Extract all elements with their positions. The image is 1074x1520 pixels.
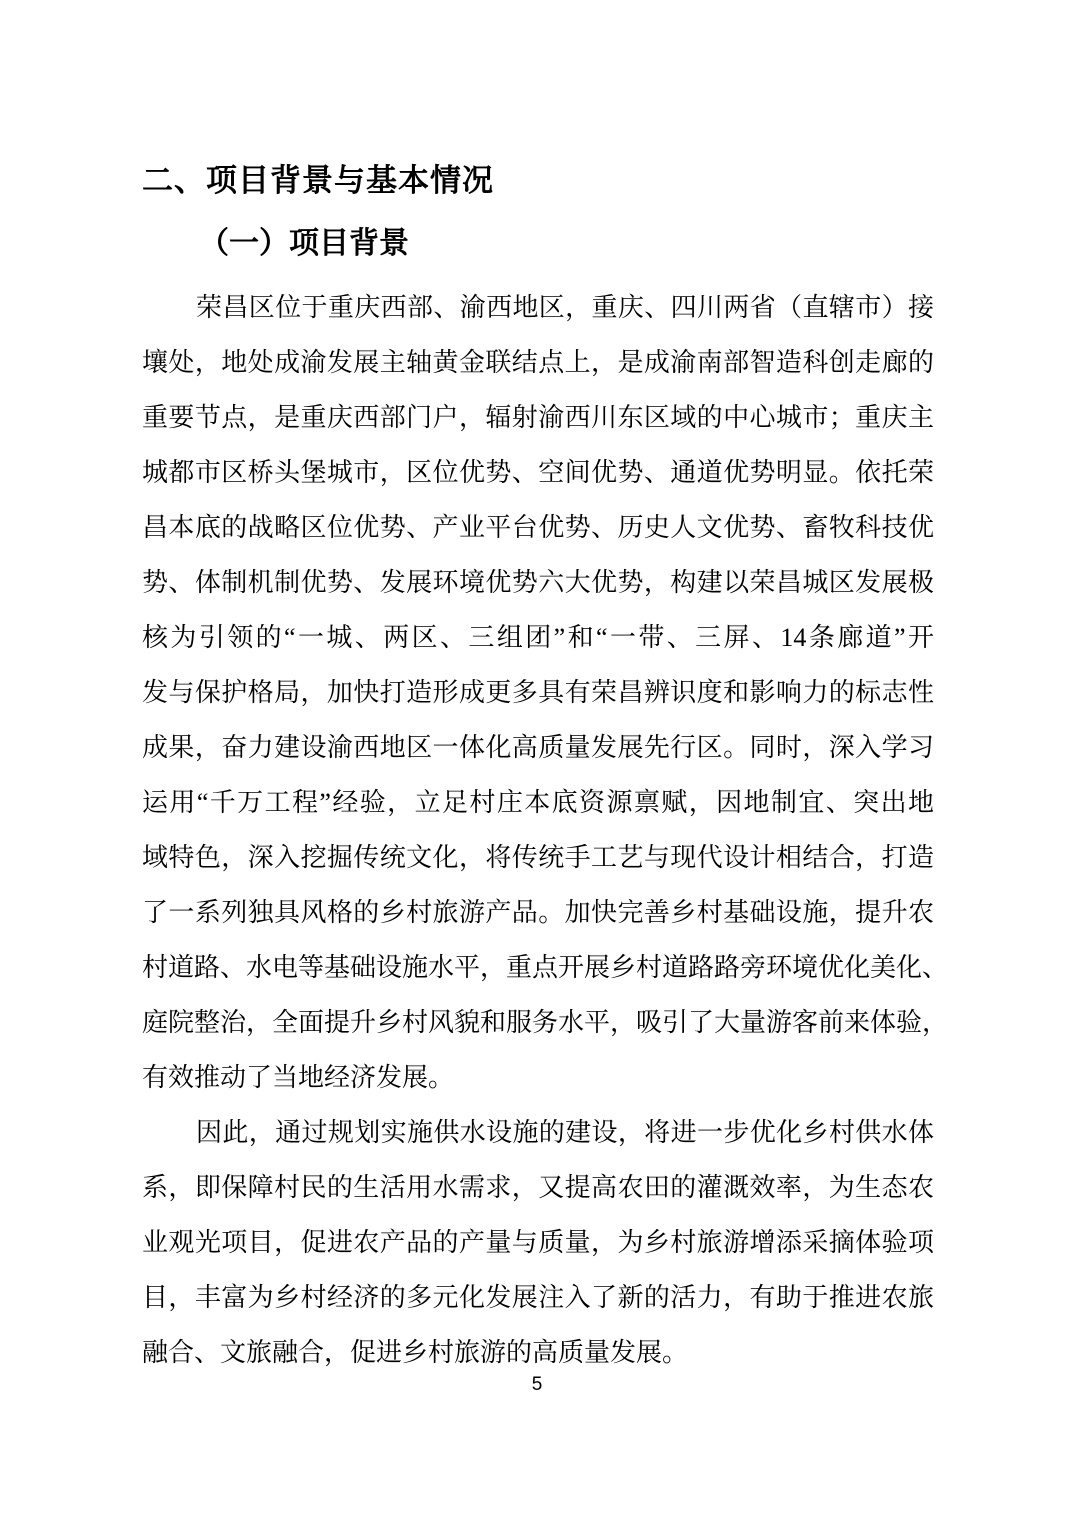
subsection-heading: （一）项目背景 [199, 222, 934, 266]
section-heading: 二、项目背景与基本情况 [142, 158, 934, 204]
text-line: 目，丰富为乡村经济的多元化发展注入了新的活力，有助于推进农旅 [142, 1270, 934, 1325]
text-line: 了一系列独具风格的乡村旅游产品。加快完善乡村基础设施，提升农 [142, 885, 934, 940]
text-line: 势、体制机制优势、发展环境优势六大优势，构建以荣昌城区发展极 [142, 555, 934, 610]
text-line: 城都市区桥头堡城市，区位优势、空间优势、通道优势明显。依托荣 [142, 445, 934, 500]
text-line: 村道路、水电等基础设施水平，重点开展乡村道路路旁环境优化美化、 [142, 940, 934, 995]
text-line: 因此，通过规划实施供水设施的建设，将进一步优化乡村供水体 [142, 1105, 934, 1160]
text-line: 成果，奋力建设渝西地区一体化高质量发展先行区。同时，深入学习 [142, 720, 934, 775]
text-line: 核为引领的“一城、两区、三组团”和“一带、三屏、14条廊道”开 [142, 610, 934, 665]
text-line: 域特色，深入挖掘传统文化，将传统手工艺与现代设计相结合，打造 [142, 830, 934, 885]
text-line: 系，即保障村民的生活用水需求，又提高农田的灌溉效率，为生态农 [142, 1160, 934, 1215]
body-paragraphs: 荣昌区位于重庆西部、渝西地区，重庆、四川两省（直辖市）接壤处，地处成渝发展主轴黄… [142, 280, 934, 1380]
text-line: 发与保护格局，加快打造形成更多具有荣昌辨识度和影响力的标志性 [142, 665, 934, 720]
page-number: 5 [0, 1374, 1074, 1396]
text-line: 荣昌区位于重庆西部、渝西地区，重庆、四川两省（直辖市）接 [142, 280, 934, 335]
text-line: 运用“千万工程”经验，立足村庄本底资源禀赋，因地制宜、突出地 [142, 775, 934, 830]
text-line: 重要节点，是重庆西部门户，辐射渝西川东区域的中心城市；重庆主 [142, 390, 934, 445]
paragraph: 荣昌区位于重庆西部、渝西地区，重庆、四川两省（直辖市）接壤处，地处成渝发展主轴黄… [142, 280, 934, 1105]
text-line: 壤处，地处成渝发展主轴黄金联结点上，是成渝南部智造科创走廊的 [142, 335, 934, 390]
text-line: 昌本底的战略区位优势、产业平台优势、历史人文优势、畜牧科技优 [142, 500, 934, 555]
text-line: 融合、文旅融合，促进乡村旅游的高质量发展。 [142, 1325, 934, 1380]
document-page: 二、项目背景与基本情况 （一）项目背景 荣昌区位于重庆西部、渝西地区，重庆、四川… [0, 0, 1074, 1520]
text-line: 业观光项目，促进农产品的产量与质量，为乡村旅游增添采摘体验项 [142, 1215, 934, 1270]
page-content: 二、项目背景与基本情况 （一）项目背景 荣昌区位于重庆西部、渝西地区，重庆、四川… [142, 158, 934, 1380]
text-line: 有效推动了当地经济发展。 [142, 1050, 934, 1105]
text-line: 庭院整治，全面提升乡村风貌和服务水平，吸引了大量游客前来体验， [142, 995, 934, 1050]
paragraph: 因此，通过规划实施供水设施的建设，将进一步优化乡村供水体系，即保障村民的生活用水… [142, 1105, 934, 1380]
